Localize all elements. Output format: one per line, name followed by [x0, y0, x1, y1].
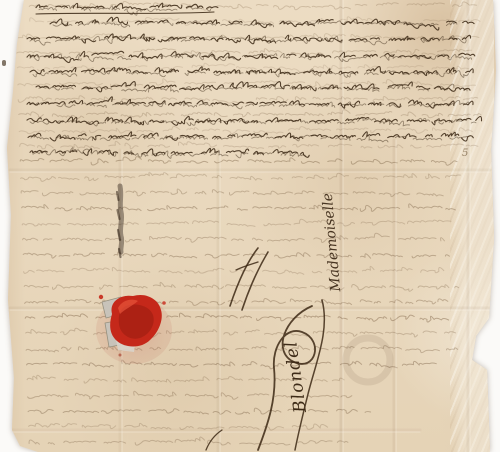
verso-bleedthrough-text: [16, 2, 481, 446]
edge-speck: [2, 60, 6, 66]
handwriting-layer: Mademoiselle Blondel 5: [0, 0, 500, 452]
scan-canvas: Mademoiselle Blondel 5: [0, 0, 500, 452]
recto-ink-text: [27, 3, 482, 158]
wax-seal: [96, 295, 172, 364]
ink-smudge: [117, 186, 122, 257]
address-word-blondel: Blondel: [281, 339, 311, 415]
paper-shadow: Mademoiselle Blondel 5: [0, 0, 500, 452]
letter-paper: Mademoiselle Blondel 5: [0, 0, 500, 452]
page-number: 5: [462, 148, 468, 159]
